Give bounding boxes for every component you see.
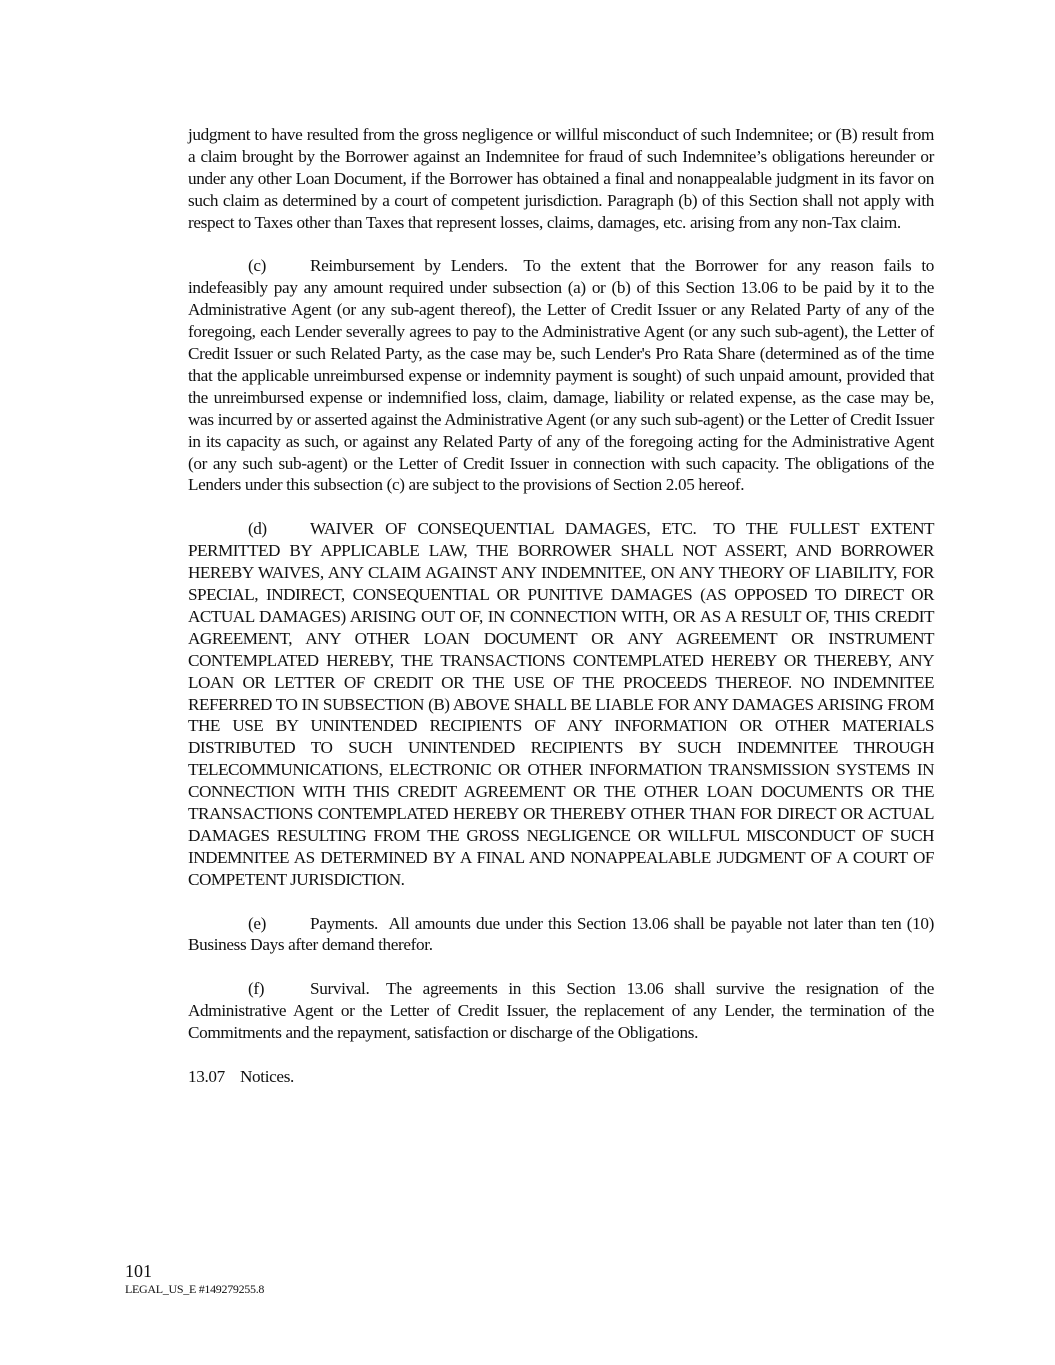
paragraph-heading: Reimbursement by Lenders. xyxy=(310,256,508,275)
paragraph-label: (f) xyxy=(248,978,310,1000)
paragraph-c-reimbursement: (c)Reimbursement by Lenders. To the exte… xyxy=(188,255,934,496)
paragraph-e-payments: (e)Payments. All amounts due under this … xyxy=(188,913,934,957)
document-body: judgment to have resulted from the gross… xyxy=(188,124,934,1088)
page-footer: 101 LEGAL_US_E #149279255.8 xyxy=(125,1261,264,1297)
paragraph-f-survival: (f)Survival. The agreements in this Sect… xyxy=(188,978,934,1044)
paragraph-heading: Payments. xyxy=(310,914,378,933)
paragraph-label: (c) xyxy=(248,255,310,277)
paragraph-text: judgment to have resulted from the gross… xyxy=(188,125,934,232)
document-page: judgment to have resulted from the gross… xyxy=(0,0,1055,1365)
paragraph-d-waiver: (d)WAIVER OF CONSEQUENTIAL DAMAGES, ETC.… xyxy=(188,518,934,890)
section-number: 13.07 xyxy=(188,1066,240,1088)
paragraph-heading: WAIVER OF CONSEQUENTIAL DAMAGES, ETC. xyxy=(310,519,696,538)
paragraph-label: (e) xyxy=(248,913,310,935)
paragraph-b-continuation: judgment to have resulted from the gross… xyxy=(188,124,934,234)
paragraph-text: TO THE FULLEST EXTENT PERMITTED BY APPLI… xyxy=(188,519,934,889)
paragraph-text: To the extent that the Borrower for any … xyxy=(188,256,934,494)
document-id: LEGAL_US_E #149279255.8 xyxy=(125,1281,264,1297)
section-heading-notices: 13.07Notices. xyxy=(188,1066,934,1088)
section-title: Notices. xyxy=(240,1067,294,1086)
paragraph-heading: Survival. xyxy=(310,979,369,998)
paragraph-label: (d) xyxy=(248,518,310,540)
page-number: 101 xyxy=(125,1261,264,1281)
